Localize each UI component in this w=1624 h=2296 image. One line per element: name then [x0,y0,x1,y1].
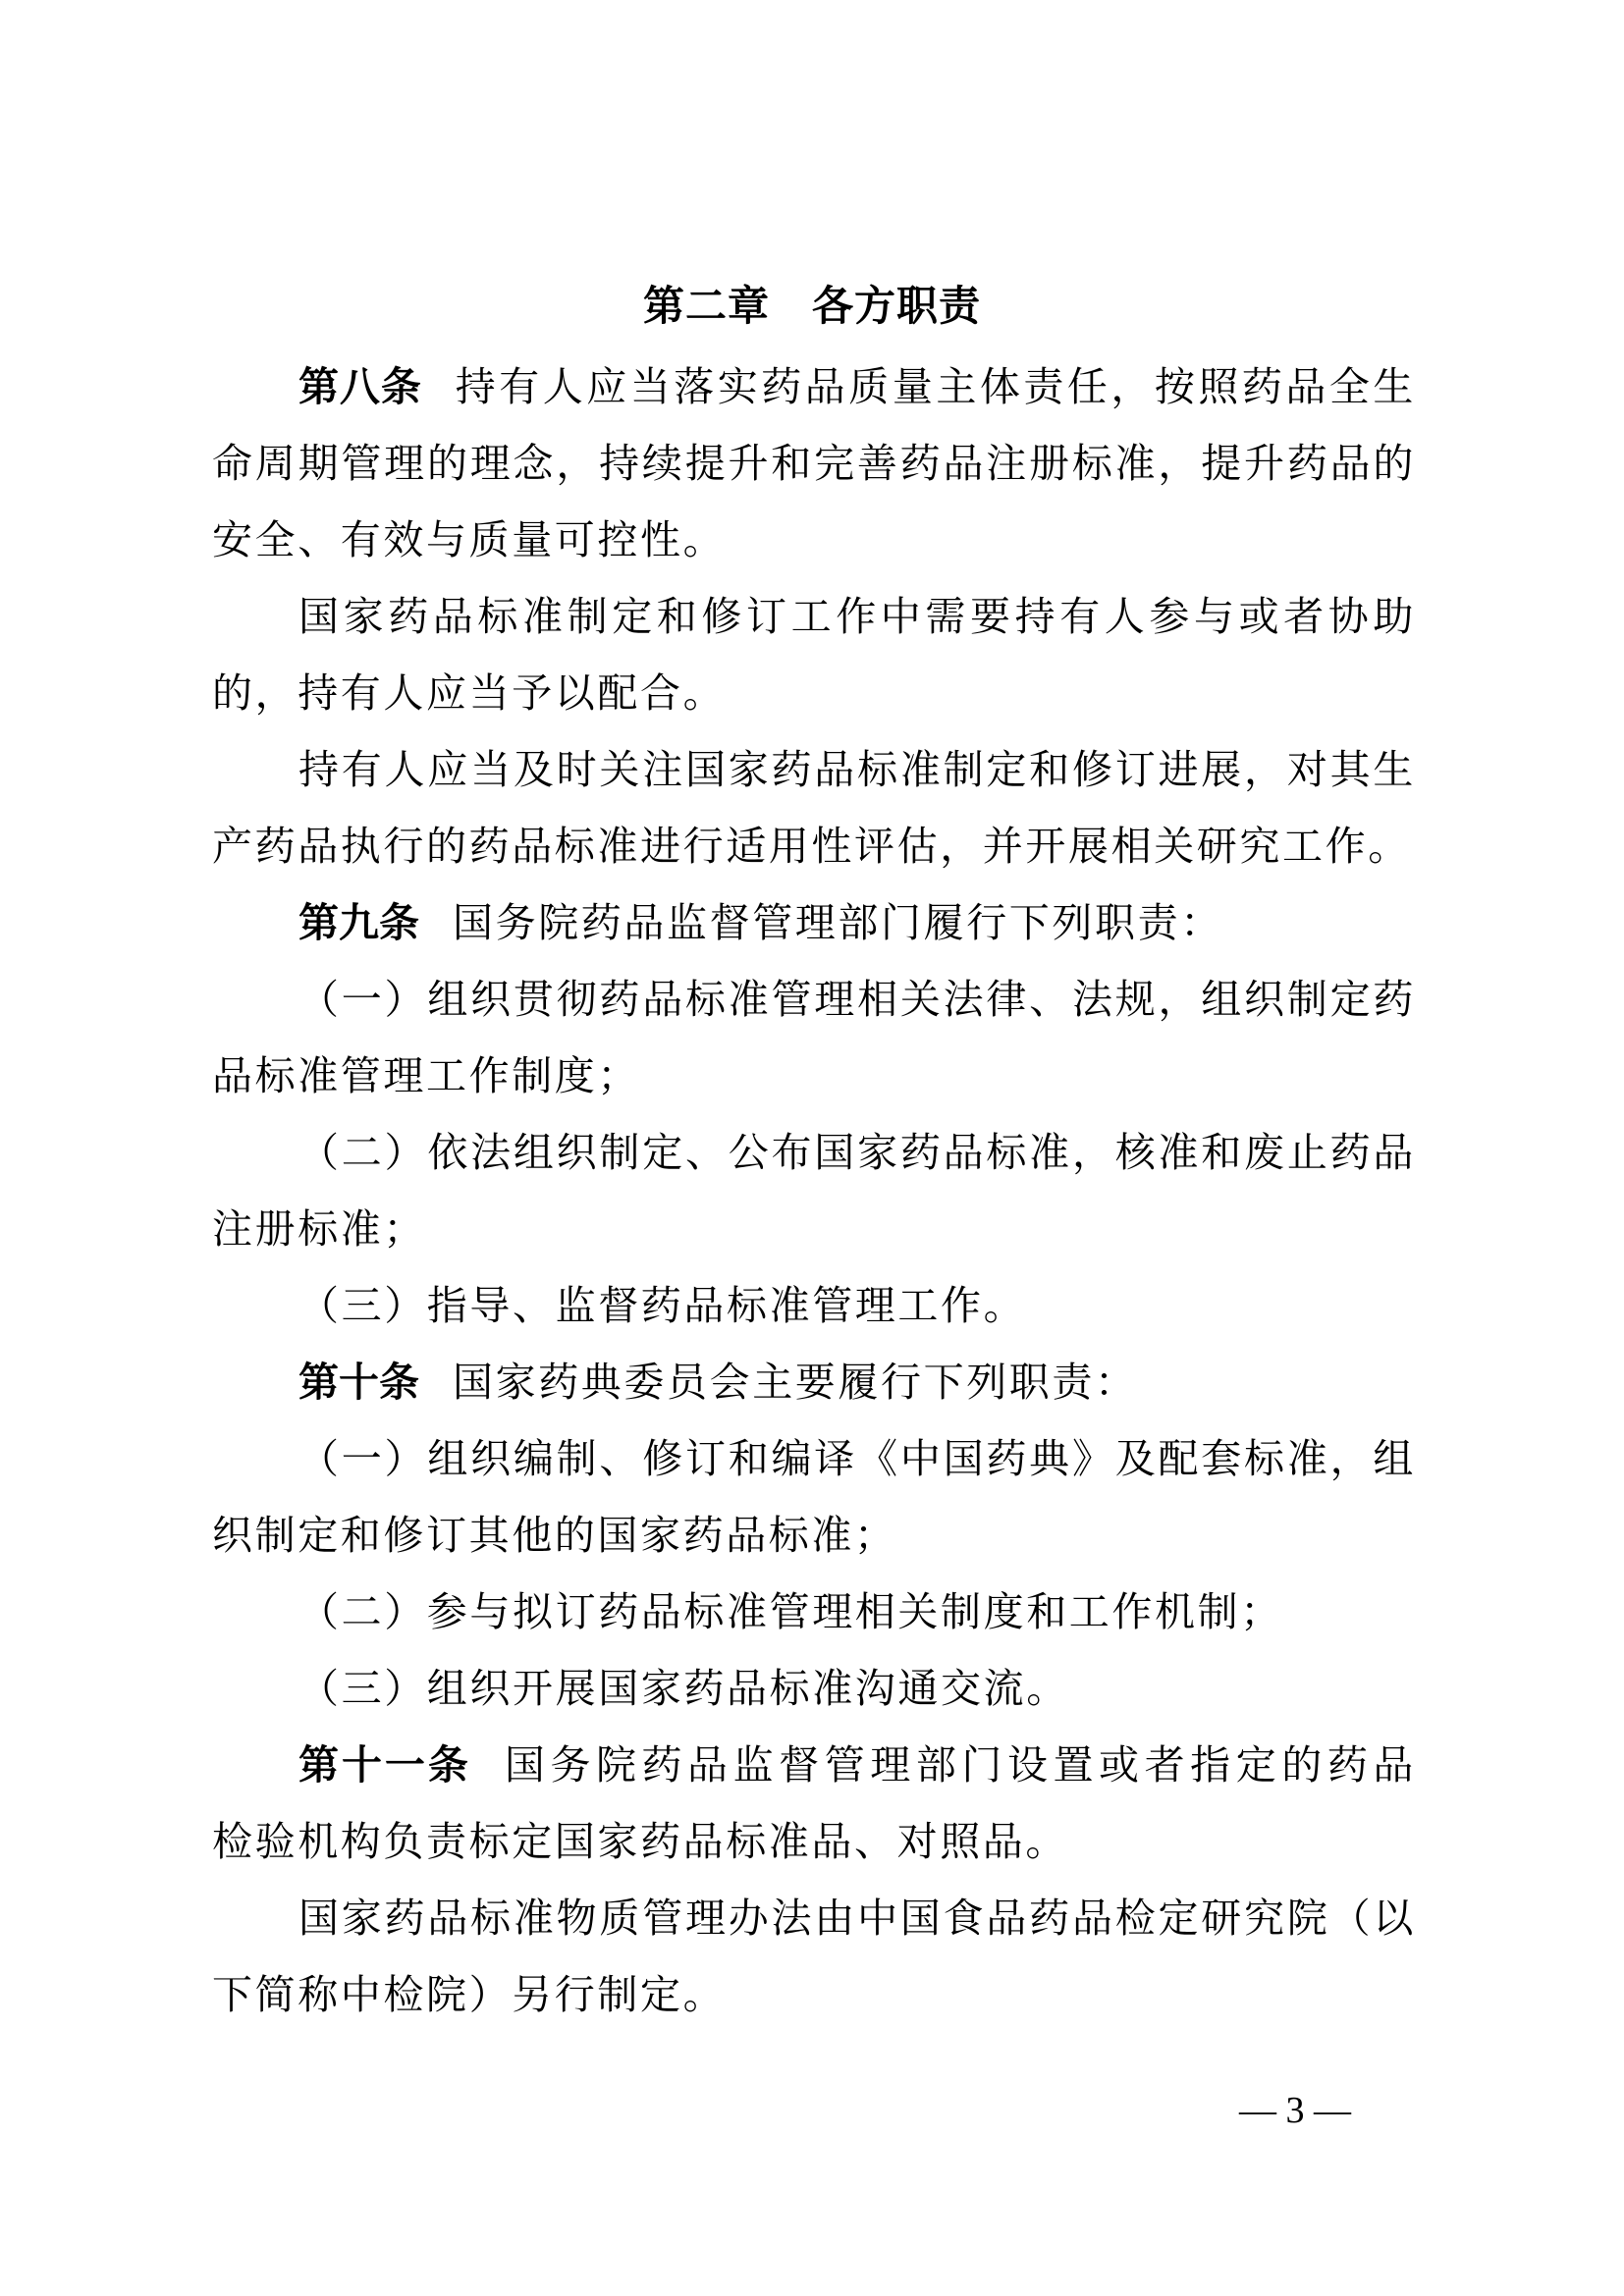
line-text: 织制定和修订其他的国家药品标准； [212,1512,897,1559]
text-line: 第十条国家药典委员会主要履行下列职责： [212,1357,1416,1433]
text-line: 的，持有人应当予以配合。 [212,667,1416,744]
line-text: 国务院药品监督管理部门履行下列职责： [453,899,1223,946]
page-number: — 3 — [1239,2089,1386,2132]
text-line: （二）依法组织制定、公布国家药品标准，核准和废止药品 [212,1127,1416,1203]
text-line: 持有人应当及时关注国家药品标准制定和修订进展，对其生 [212,744,1416,821]
text-line: 品标准管理工作制度； [212,1050,1416,1127]
line-text: 持有人应当及时关注国家药品标准制定和修订进展，对其生 [298,746,1416,793]
line-text: （二）依法组织制定、公布国家药品标准，核准和废止药品 [298,1129,1416,1176]
document-page: 第二章 各方职责 第八条持有人应当落实药品质量主体责任，按照药品全生 命周期管理… [0,0,1624,2296]
line-text: 注册标准； [212,1205,426,1253]
text-line: （一）组织编制、修订和编译《中国药典》及配套标准，组 [212,1433,1416,1510]
line-text: 安全、有效与质量可控性。 [212,516,726,563]
text-line: 第十一条国务院药品监督管理部门设置或者指定的药品 [212,1739,1416,1816]
line-text: （三）组织开展国家药品标准沟通交流。 [298,1665,1069,1712]
line-text: 国家药品标准物质管理办法由中国食品药品检定研究院（以 [298,1895,1416,1942]
text-line: 织制定和修订其他的国家药品标准； [212,1510,1416,1586]
line-text: 下简称中检院）另行制定。 [212,1971,726,2018]
line-text: 品标准管理工作制度； [212,1052,640,1099]
line-text: 国家药品标准制定和修订工作中需要持有人参与或者协助 [298,593,1416,640]
line-text: 命周期管理的理念，持续提升和完善药品注册标准，提升药品的 [212,440,1416,487]
line-text: 产药品执行的药品标准进行适用性评估，并开展相关研究工作。 [212,823,1411,870]
line-text: 国务院药品监督管理部门设置或者指定的药品 [505,1741,1416,1789]
line-text: （一）组织编制、修订和编译《中国药典》及配套标准，组 [298,1435,1416,1482]
line-text: （三）指导、监督药品标准管理工作。 [298,1282,1026,1329]
text-line: 注册标准； [212,1203,1416,1280]
line-text: 的，持有人应当予以配合。 [212,669,726,717]
line-text: 持有人应当落实药品质量主体责任，按照药品全生 [456,363,1416,410]
text-line: （二）参与拟订药品标准管理相关制度和工作机制； [212,1586,1416,1663]
article-number: 第十条 [298,1359,419,1406]
text-line: （一）组织贯彻药品标准管理相关法律、法规，组织制定药 [212,974,1416,1050]
chapter-title: 第二章 各方职责 [0,281,1624,332]
text-line: （三）组织开展国家药品标准沟通交流。 [212,1663,1416,1739]
document-body: 第八条持有人应当落实药品质量主体责任，按照药品全生 命周期管理的理念，持续提升和… [212,361,1416,2046]
text-line: 国家药品标准物质管理办法由中国食品药品检定研究院（以 [212,1893,1416,1969]
line-text: （一）组织贯彻药品标准管理相关法律、法规，组织制定药 [298,976,1416,1023]
line-text: 检验机构负责标定国家药品标准品、对照品。 [212,1818,1068,1865]
text-line: 命周期管理的理念，持续提升和完善药品注册标准，提升药品的 [212,438,1416,514]
text-line: 产药品执行的药品标准进行适用性评估，并开展相关研究工作。 [212,821,1416,897]
article-number: 第九条 [298,899,419,946]
text-line: 国家药品标准制定和修订工作中需要持有人参与或者协助 [212,591,1416,667]
text-line: 下简称中检院）另行制定。 [212,1969,1416,2046]
text-line: 检验机构负责标定国家药品标准品、对照品。 [212,1816,1416,1893]
article-number: 第十一条 [298,1741,471,1789]
text-line: 第八条持有人应当落实药品质量主体责任，按照药品全生 [212,361,1416,438]
text-line: 安全、有效与质量可控性。 [212,514,1416,591]
article-number: 第八条 [298,363,422,410]
text-line: （三）指导、监督药品标准管理工作。 [212,1280,1416,1357]
line-text: （二）参与拟订药品标准管理相关制度和工作机制； [298,1588,1283,1635]
line-text: 国家药典委员会主要履行下列职责： [453,1359,1138,1406]
text-line: 第九条国务院药品监督管理部门履行下列职责： [212,897,1416,974]
